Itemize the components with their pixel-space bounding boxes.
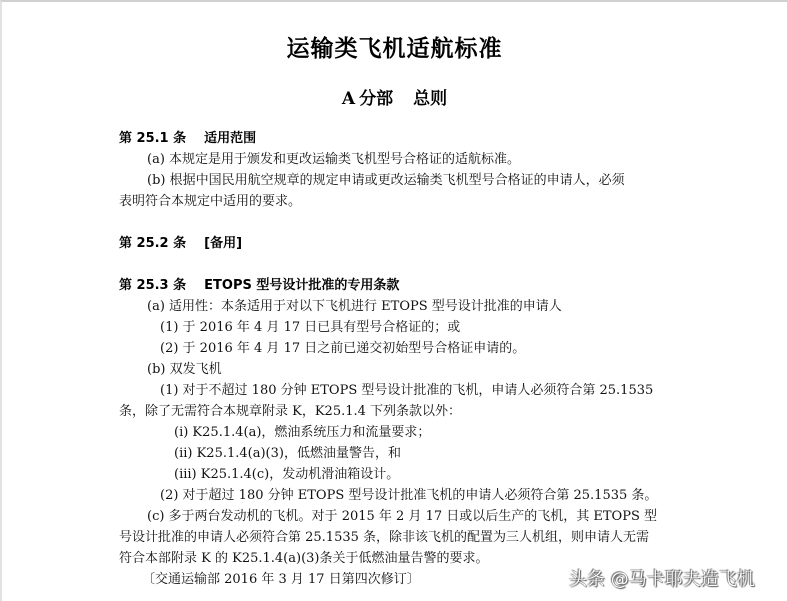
paragraph-line: 号设计批准的申请人必须符合第 25.1535 条，除非该飞机的配置为三人机组，则… (119, 529, 649, 547)
watermark: 头条 @马卡耶夫造飞机 (569, 565, 755, 591)
part-label: 分部 (359, 89, 393, 109)
section-number: 第 25.1 条 (119, 131, 186, 146)
paragraph-line: 条，除了无需符合本规章附录 K，K25.1.4 下列条款以外： (119, 403, 461, 421)
document-title: 运输类飞机适航标准 (2, 30, 787, 63)
paragraph-line: 表明符合本规定中适用的要求。 (119, 193, 301, 211)
section-number: 第 25.3 条 (119, 278, 186, 293)
paragraph-line: (ii) K25.1.4(a)(3)，低燃油量警告，和 (174, 445, 401, 463)
paragraph-line: (2) 对于超过 180 分钟 ETOPS 型号设计批准飞机的申请人必须符合第 … (160, 487, 657, 505)
section-number: 第 25.2 条 (119, 236, 186, 251)
amendment-note: 〔交通运输部 2016 年 3 月 17 日第四次修订〕 (142, 571, 420, 589)
paragraph-line: (b) 根据中国民用航空规章的规定申请或更改运输类飞机型号合格证的申请人，必须 (147, 172, 625, 190)
paragraph-line: (c) 多于两台发动机的飞机。对于 2015 年 2 月 17 日或以后生产的飞… (147, 508, 657, 526)
section-heading-25-2: 第 25.2 条[备用] (119, 235, 242, 253)
paragraph-line: (iii) K25.1.4(c)，发动机滑油箱设计。 (174, 466, 399, 484)
section-title: 适用范围 (204, 131, 256, 146)
paragraph-line: (a) 适用性：本条适用于对以下飞机进行 ETOPS 型号设计批准的申请人 (147, 298, 562, 316)
paragraph-line: (1) 对于不超过 180 分钟 ETOPS 型号设计批准的飞机，申请人必须符合… (160, 382, 653, 400)
paragraph-line: (2) 于 2016 年 4 月 17 日之前已递交初始型号合格证申请的。 (160, 340, 525, 358)
section-title: [备用] (204, 236, 242, 251)
part-name: 总则 (413, 89, 447, 109)
section-title: ETOPS 型号设计批准的专用条款 (204, 278, 399, 293)
part-heading: A分部总则 (2, 84, 787, 109)
section-heading-25-3: 第 25.3 条ETOPS 型号设计批准的专用条款 (119, 277, 399, 295)
paragraph-line: (1) 于 2016 年 4 月 17 日已具有型号合格证的；或 (160, 319, 460, 337)
paragraph-line: 符合本部附录 K 的 K25.1.4(a)(3)条关于低燃油量告警的要求。 (119, 550, 488, 568)
paragraph-line: (a) 本规定是用于颁发和更改运输类飞机型号合格证的适航标准。 (147, 151, 520, 169)
part-letter: A (342, 89, 355, 109)
document-page: 运输类飞机适航标准 A分部总则 第 25.1 条适用范围 (a) 本规定是用于颁… (0, 0, 787, 601)
section-heading-25-1: 第 25.1 条适用范围 (119, 130, 256, 148)
paragraph-line: (b) 双发飞机 (147, 361, 222, 379)
paragraph-line: (i) K25.1.4(a)，燃油系统压力和流量要求； (174, 424, 430, 442)
